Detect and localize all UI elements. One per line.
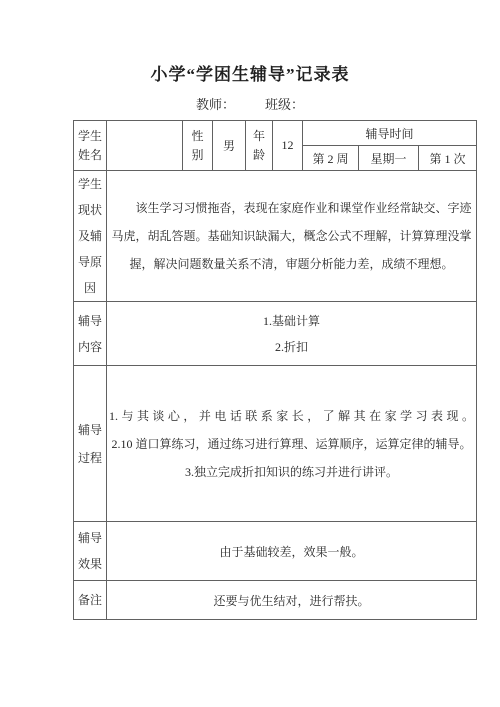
teacher-label: 教师： <box>196 97 235 112</box>
effect-row: 辅导 效果 由于基础较差，效果一般。 <box>74 522 477 581</box>
content-cell: 1.基础计算 2.折扣 <box>107 302 477 366</box>
content-item: 1.基础计算 <box>109 308 474 334</box>
remark-label: 备注 <box>74 581 107 620</box>
tutoring-week: 第 2 周 <box>303 146 359 171</box>
student-name-label: 学生 姓名 <box>74 121 107 171</box>
header-row-top: 学生 姓名 性 别 男 年 龄 12 辅导时间 <box>74 121 477 146</box>
gender-value: 男 <box>213 121 246 171</box>
tutoring-time-label: 辅导时间 <box>303 121 477 146</box>
teacher-class-line: 教师：班级： <box>0 94 500 113</box>
status-label: 学生 现状 及辅 导原 因 <box>74 171 107 302</box>
status-text: 该生学习习惯拖沓，表现在家庭作业和课堂作业经常缺交、字迹马虎，胡乱答题。基础知识… <box>109 194 474 278</box>
remark-row: 备注 还要与优生结对，进行帮扶。 <box>74 581 477 620</box>
remark-text: 还要与优生结对，进行帮扶。 <box>107 581 477 620</box>
class-label: 班级： <box>265 97 304 112</box>
age-value: 12 <box>273 121 303 171</box>
process-cell: 1.与其谈心，并电话联系家长，了解其在家学习表现。 2.10 道口算练习，通过练… <box>107 366 477 522</box>
gender-label: 性 别 <box>183 121 213 171</box>
process-label: 辅导 过程 <box>74 366 107 522</box>
tutoring-record-table: 学生 姓名 性 别 男 年 龄 12 辅导时间 第 2 周 星期一 第 1 次 … <box>73 120 477 620</box>
effect-text: 由于基础较差，效果一般。 <box>107 522 477 581</box>
process-item: 3.独立完成折扣知识的练习并进行讲评。 <box>109 458 474 486</box>
age-label: 年 龄 <box>246 121 273 171</box>
effect-label: 辅导 效果 <box>74 522 107 581</box>
process-item: 1.与其谈心，并电话联系家长，了解其在家学习表现。 <box>109 402 474 430</box>
content-item: 2.折扣 <box>109 334 474 360</box>
process-row: 辅导 过程 1.与其谈心，并电话联系家长，了解其在家学习表现。 2.10 道口算… <box>74 366 477 522</box>
student-name-value <box>107 121 183 171</box>
content-label: 辅导 内容 <box>74 302 107 366</box>
tutoring-weekday: 星期一 <box>359 146 419 171</box>
tutoring-session: 第 1 次 <box>419 146 477 171</box>
process-item: 2.10 道口算练习，通过练习进行算理、运算顺序，运算定律的辅导。 <box>109 430 474 458</box>
status-row: 学生 现状 及辅 导原 因 该生学习习惯拖沓，表现在家庭作业和课堂作业经常缺交、… <box>74 171 477 302</box>
status-cell: 该生学习习惯拖沓，表现在家庭作业和课堂作业经常缺交、字迹马虎，胡乱答题。基础知识… <box>107 171 477 302</box>
content-row: 辅导 内容 1.基础计算 2.折扣 <box>74 302 477 366</box>
document-page: 小学“学困生辅导”记录表 教师：班级： 学生 姓名 性 别 男 年 龄 12 辅… <box>0 0 500 707</box>
page-title: 小学“学困生辅导”记录表 <box>0 0 500 85</box>
